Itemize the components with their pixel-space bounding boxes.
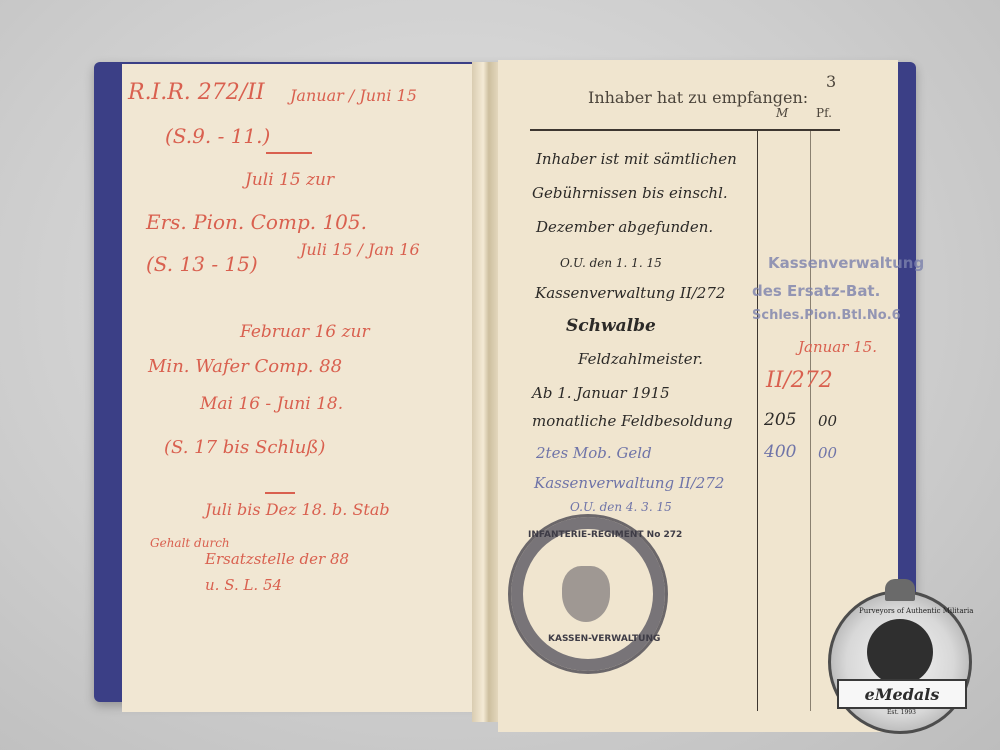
logo-established: Est. 1993 — [887, 709, 916, 716]
handwritten-line: Juli 15 zur — [245, 170, 334, 190]
book-spine — [472, 62, 500, 722]
seal-ring-text: INFANTERIE-REGIMENT No 272 — [528, 530, 682, 540]
handwritten-line: Min. Wafer Comp. 88 — [148, 356, 342, 377]
handwritten-line: Ers. Pion. Comp. 105. — [146, 210, 367, 234]
margin-ref: II/272 — [766, 368, 833, 393]
ledger-entry: O.U. den 4. 3. 15 — [570, 500, 672, 514]
ledger-entry: Inhaber ist mit sämtlichen — [536, 150, 737, 168]
ledger-entry: 2tes Mob. Geld — [536, 444, 652, 462]
column-divider — [810, 131, 811, 711]
ledger-entry: O.U. den 1. 1. 15 — [560, 256, 662, 270]
ledger-entry: Ab 1. Januar 1915 — [532, 384, 670, 402]
ledger-entry: Gebührnissen bis einschl. — [532, 184, 728, 202]
logo-ribbon: eMedals — [837, 679, 967, 709]
ledger-entry: Kassenverwaltung II/272 — [535, 284, 725, 302]
handwritten-line: Januar / Juni 15 — [290, 86, 417, 105]
column-divider — [757, 131, 758, 711]
handwritten-line: Februar 16 zur — [240, 322, 370, 342]
ledger-entry: Feldzahlmeister. — [578, 350, 703, 368]
stamp-line: Kassenverwaltung — [768, 254, 924, 272]
handwritten-line: Gehalt durch — [150, 536, 230, 550]
logo-motto: Purveyors of Authentic Militaria — [859, 607, 973, 615]
handwritten-line: u. S. L. 54 — [205, 576, 282, 594]
ledger-entry: Dezember abgefunden. — [536, 218, 713, 236]
eagle-emblem-icon — [562, 566, 610, 622]
seal-center-text: KASSEN-VERWALTUNG — [548, 634, 660, 644]
handwritten-dash — [265, 492, 295, 494]
ledger-entry: Kassenverwaltung II/272 — [534, 474, 724, 492]
left-page — [122, 64, 474, 712]
amount-pf: 00 — [818, 412, 837, 430]
page-number: 3 — [826, 72, 836, 91]
amount-mark: 400 — [764, 442, 796, 462]
page-header: Inhaber hat zu empfangen: — [588, 88, 808, 107]
handwritten-line: R.I.R. 272/II — [128, 80, 265, 105]
header-rule — [530, 129, 840, 131]
handwritten-line: Mai 16 - Juni 18. — [200, 394, 343, 414]
lion-emblem-icon — [867, 619, 933, 685]
amount-pf: 00 — [818, 444, 837, 462]
margin-note: Januar 15. — [798, 338, 877, 356]
handwritten-line: (S.9. - 11.) — [165, 124, 270, 148]
ledger-entry: monatliche Feldbesoldung — [532, 412, 733, 430]
handwritten-line: (S. 13 - 15) — [146, 252, 258, 276]
logo-brand: eMedals — [865, 685, 940, 704]
handwritten-line: Juli bis Dez 18. b. Stab — [205, 500, 390, 519]
emedals-logo: Purveyors of Authentic Militaria eMedals… — [828, 590, 972, 734]
handwritten-line: Ersatzstelle der 88 — [205, 550, 349, 568]
handwritten-line: Juli 15 / Jan 16 — [300, 240, 420, 259]
handwritten-line: (S. 17 bis Schluß) — [164, 437, 325, 458]
stamp-line: des Ersatz-Bat. — [752, 282, 880, 300]
stamp-line: Schles.Pion.Btl.No.6 — [752, 308, 901, 323]
signature: Schwalbe — [566, 316, 656, 336]
crown-icon — [885, 579, 915, 601]
column-mark-label: M — [776, 106, 788, 120]
column-pf-label: Pf. — [816, 106, 832, 120]
handwritten-underline — [266, 152, 312, 154]
amount-mark: 205 — [764, 410, 796, 430]
